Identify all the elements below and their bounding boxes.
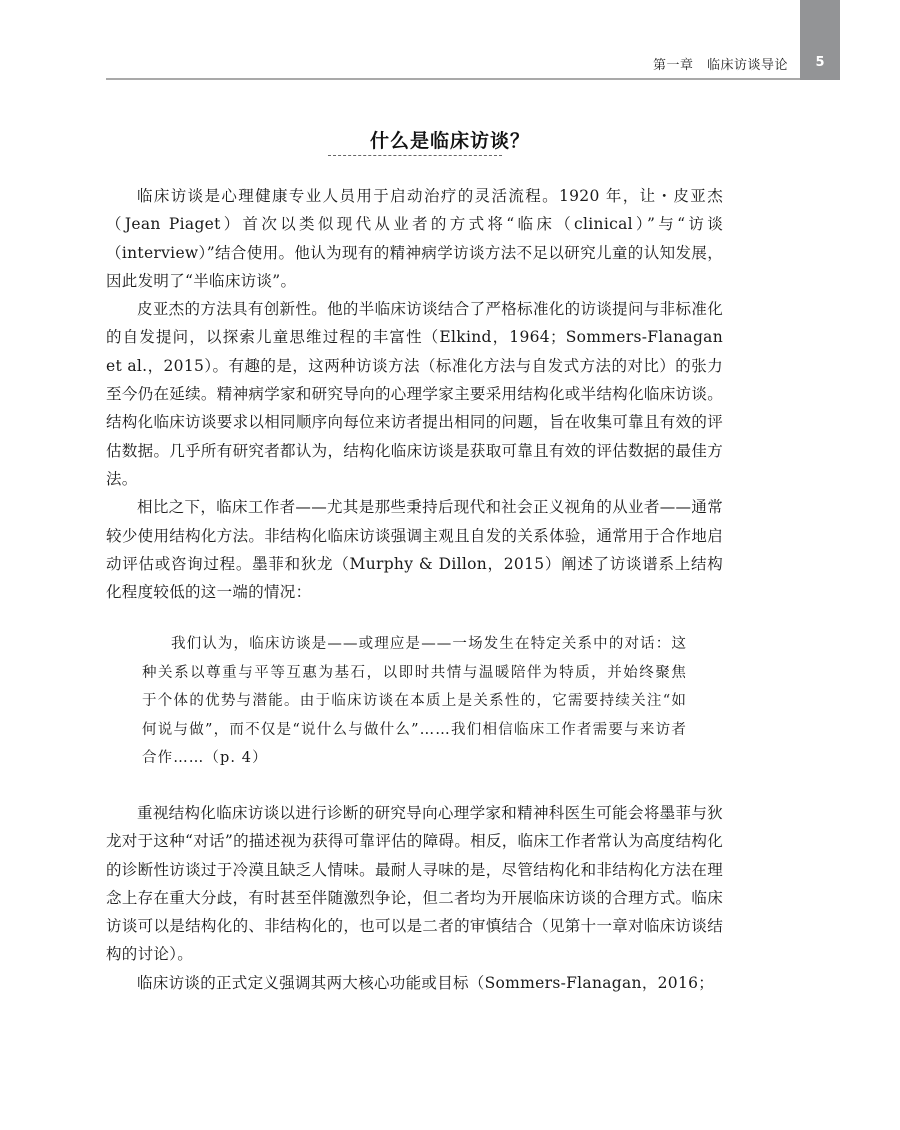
quote-text: 我们认为，临床访谈是——或理应是——一场发生在特定关系中的对话：这种关系以尊重与… bbox=[142, 630, 687, 773]
paragraph: 临床访谈的正式定义强调其两大核心功能或目标（Sommers-Flanagan，2… bbox=[106, 969, 723, 997]
paragraph: 重视结构化临床访谈以进行诊断的研究导向心理学家和精神科医生可能会将墨菲与狄龙对于… bbox=[106, 799, 723, 969]
header-divider bbox=[106, 78, 800, 80]
body-text: 临床访谈是心理健康专业人员用于启动治疗的灵活流程。1920 年，让・皮亚杰（Je… bbox=[106, 182, 723, 997]
paragraph: 临床访谈是心理健康专业人员用于启动治疗的灵活流程。1920 年，让・皮亚杰（Je… bbox=[106, 182, 723, 295]
page-number-tab: 5 bbox=[800, 0, 840, 80]
page-number: 5 bbox=[800, 55, 840, 70]
block-quote: 我们认为，临床访谈是——或理应是——一场发生在特定关系中的对话：这种关系以尊重与… bbox=[106, 630, 723, 773]
section-title: 什么是临床访谈？ bbox=[0, 126, 900, 153]
paragraph: 皮亚杰的方法具有创新性。他的半临床访谈结合了严格标准化的访谈提问与非标准化的自发… bbox=[106, 295, 723, 493]
title-dashed-underline bbox=[328, 155, 502, 156]
running-head: 第一章 临床访谈导论 bbox=[653, 54, 788, 73]
paragraph: 相比之下，临床工作者——尤其是那些秉持后现代和社会正义视角的从业者——通常较少使… bbox=[106, 493, 723, 606]
